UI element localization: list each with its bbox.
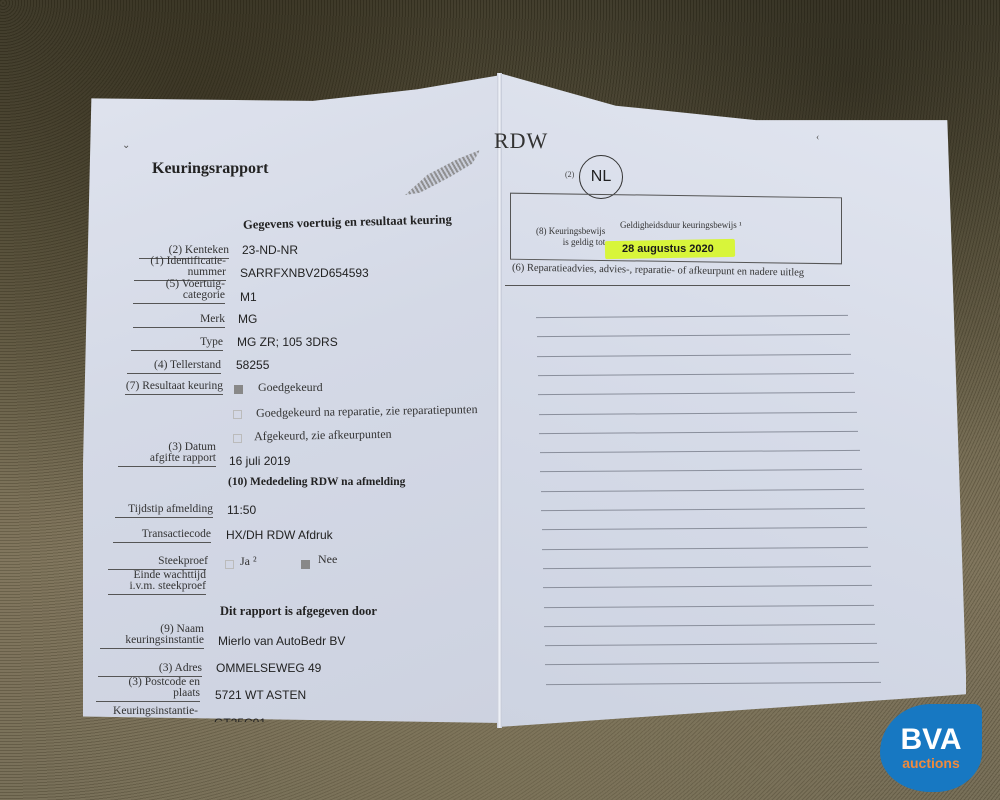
report-title: Keuringsrapport — [152, 160, 268, 178]
issue-date-value: 16 juli 2019 — [229, 454, 290, 468]
option-goedgekeurd: Goedgekeurd — [258, 380, 323, 395]
issuer-address-label: (3) Adres — [98, 663, 202, 677]
issuer-name-label: (9) Naam keuringsinstantie — [100, 624, 204, 649]
checkbox-steekproef-nee — [301, 560, 310, 569]
field-value: 23-ND-NR — [242, 243, 298, 257]
section-issuer-heading: Dit rapport is afgegeven door — [220, 604, 377, 619]
result-label: (7) Resultaat keuring — [125, 381, 223, 395]
issuer-code-value: GT25C01 — [214, 716, 266, 722]
field-label: Type — [131, 337, 223, 351]
bva-auctions-watermark: BVA auctions — [880, 704, 982, 792]
validity-label: (8) Keuringsbewijs is geldig tot — [536, 226, 605, 248]
pen-mark: ‹ — [816, 132, 819, 143]
field-value: SARRFXNBV2D654593 — [240, 266, 369, 280]
country-code: NL — [591, 168, 611, 186]
option-afgekeurd: Afgekeurd, zie afkeurpunten — [254, 427, 392, 444]
transactiecode-value: HX/DH RDW Afdruk — [226, 528, 333, 542]
issuer-address-value: OMMELSEWEG 49 — [216, 661, 321, 675]
repair-heading-underline — [505, 285, 850, 286]
issuer-code-label: Keuringsinstantie- — [94, 706, 198, 719]
option-steekproef-nee: Nee — [318, 552, 337, 567]
checkbox-afgekeurd — [233, 434, 242, 443]
country-marker-label: (2) — [565, 170, 574, 179]
tijdstip-value: 11:50 — [227, 503, 256, 517]
issuer-name-value: Mierlo van AutoBedr BV — [218, 634, 345, 648]
checkbox-steekproef-ja — [225, 560, 234, 569]
field-value: MG — [238, 312, 257, 326]
checkbox-goedgekeurd-na-reparatie — [233, 410, 242, 419]
issuer-postcode-value: 5721 WT ASTEN — [215, 688, 306, 702]
wait-end-label: Einde wachttijd i.v.m. steekproef — [108, 569, 206, 595]
issuer-postcode-label: (3) Postcode en plaats — [96, 677, 200, 702]
steekproef-label: Steekproef — [110, 556, 208, 569]
checkbox-goedgekeurd — [234, 385, 243, 394]
paper-fold — [497, 73, 502, 728]
validity-title: Geldigheidsduur keuringsbewijs ¹ — [620, 220, 742, 230]
issue-date-label: (3) Datum afgifte rapport — [118, 442, 216, 467]
option-steekproef-ja: Ja ² — [240, 554, 257, 569]
tijdstip-label: Tijdstip afmelding — [115, 504, 213, 518]
rdw-logo: RDW — [494, 128, 548, 154]
section-rdw-heading: (10) Mededeling RDW na afmelding — [228, 476, 405, 488]
field-value: MG ZR; 105 3DRS — [237, 335, 338, 349]
bva-logo-text: BVA — [900, 725, 961, 755]
field-label: Merk — [133, 314, 225, 328]
pen-mark: ⌄ — [122, 140, 130, 151]
bva-logo-subtext: auctions — [902, 755, 960, 771]
field-label: (4) Tellerstand — [127, 360, 221, 374]
validity-date: 28 augustus 2020 — [622, 243, 714, 255]
field-value: 58255 — [236, 358, 269, 372]
field-value: M1 — [240, 290, 257, 304]
country-code-badge: NL — [579, 155, 623, 199]
transactiecode-label: Transactiecode — [113, 529, 211, 543]
field-label: (5) Voertuig- categorie — [133, 279, 225, 304]
